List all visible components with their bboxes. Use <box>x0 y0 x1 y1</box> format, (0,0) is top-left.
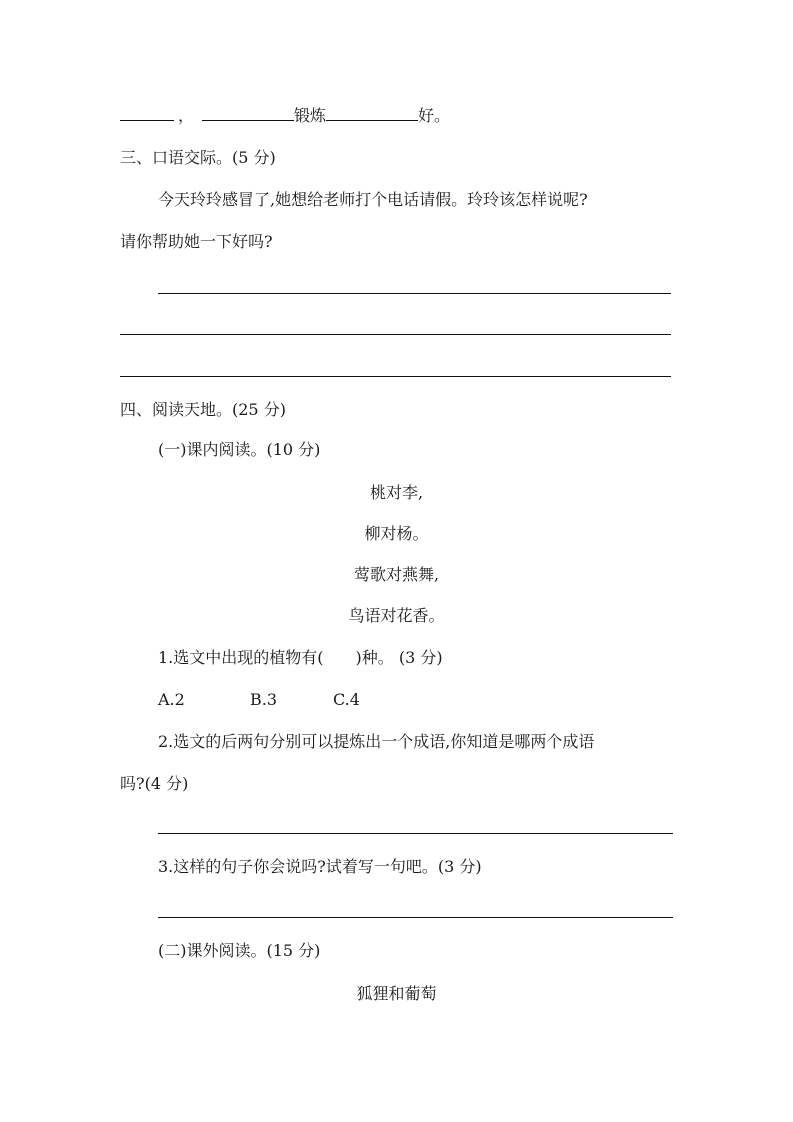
answer-blank-1[interactable] <box>120 106 174 121</box>
answer-line-1[interactable] <box>158 293 671 294</box>
poem-line-3: 莺歌对燕舞, <box>0 565 793 585</box>
question-2-line1: 2.选文的后两句分别可以提炼出一个成语,你知道是哪两个成语 <box>158 732 594 752</box>
q1-option-b[interactable]: B.3 <box>250 690 277 710</box>
section3-prompt-line1: 今天玲玲感冒了,她想给老师打个电话请假。玲玲该怎样说呢? <box>158 190 588 210</box>
question-2-line2: 吗?(4 分) <box>120 774 188 794</box>
q1-option-c[interactable]: C.4 <box>333 690 360 710</box>
part1-heading: (一)课内阅读。(10 分) <box>158 440 320 460</box>
question-3: 3.这样的句子你会说吗?试着写一句吧。(3 分) <box>158 857 482 877</box>
answer-line-2[interactable] <box>120 334 671 335</box>
comma: ， <box>178 106 194 125</box>
section3-prompt-line2: 请你帮助她一下好吗? <box>120 232 273 252</box>
section4-heading: 四、阅读天地。(25 分) <box>120 400 286 420</box>
q1-option-a[interactable]: A.2 <box>158 690 185 710</box>
q3-answer-line[interactable] <box>158 917 673 918</box>
q2-answer-line[interactable] <box>158 833 673 834</box>
word-hao: 好。 <box>418 106 450 125</box>
poem-line-2: 柳对杨。 <box>0 524 793 544</box>
question-1: 1.选文中出现的植物有( )种。 (3 分) <box>158 648 443 668</box>
word-duanlian: 锻炼 <box>294 106 326 125</box>
answer-blank-2[interactable] <box>202 106 294 121</box>
poem-line-1: 桃对李, <box>0 483 793 503</box>
fill-blank-line: ，锻炼好。 <box>120 106 450 126</box>
answer-line-3[interactable] <box>120 376 671 377</box>
answer-blank-3[interactable] <box>326 106 418 121</box>
story-title: 狐狸和葡萄 <box>0 984 793 1004</box>
poem-line-4: 鸟语对花香。 <box>0 606 793 626</box>
part2-heading: (二)课外阅读。(15 分) <box>158 941 320 961</box>
section3-heading: 三、口语交际。(5 分) <box>120 148 276 168</box>
